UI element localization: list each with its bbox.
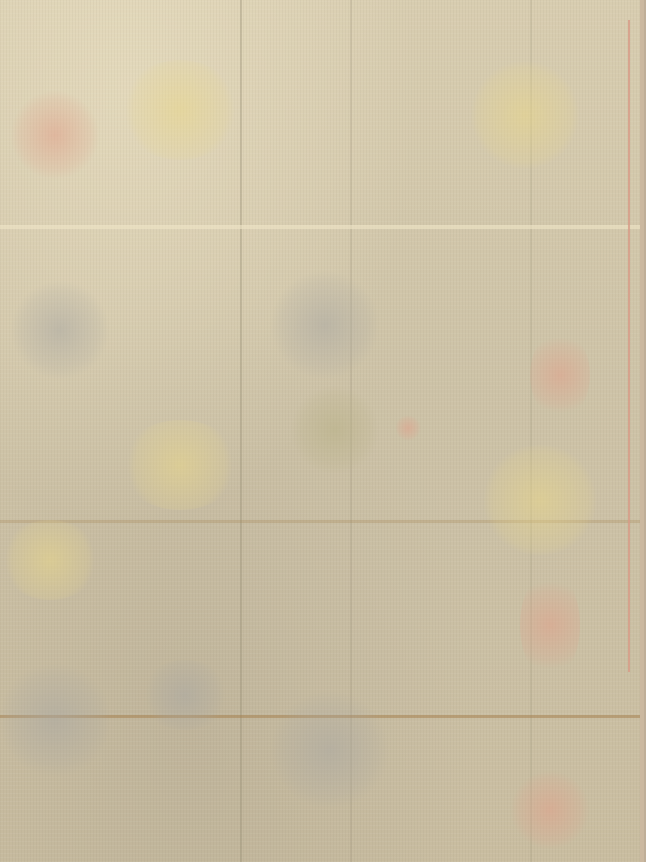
grey-floral-motif bbox=[270, 270, 380, 380]
yellow-star-motif bbox=[0, 520, 100, 600]
pink-floral-motif bbox=[10, 90, 100, 180]
rug-photo: Antique rug, partial view bbox=[0, 0, 644, 862]
yellow-border-motif bbox=[480, 445, 600, 555]
light-crease bbox=[0, 225, 640, 229]
grey-medallion-motif bbox=[270, 690, 390, 810]
yellow-medallion-motif bbox=[470, 60, 580, 170]
grey-medallion-motif bbox=[0, 660, 110, 780]
yellow-floral-motif bbox=[120, 420, 240, 510]
grey-floral-motif bbox=[10, 280, 110, 380]
pink-border-motif bbox=[530, 330, 590, 420]
grey-zigzag-motif bbox=[140, 660, 230, 730]
yellow-floral-motif bbox=[120, 60, 240, 160]
olive-star-motif bbox=[290, 385, 380, 475]
pink-rosette-motif bbox=[395, 415, 421, 441]
pink-border-line bbox=[628, 20, 630, 672]
vertical-fold-crease bbox=[240, 0, 242, 862]
pink-border-motif bbox=[510, 770, 590, 850]
pink-border-motif bbox=[520, 570, 580, 680]
